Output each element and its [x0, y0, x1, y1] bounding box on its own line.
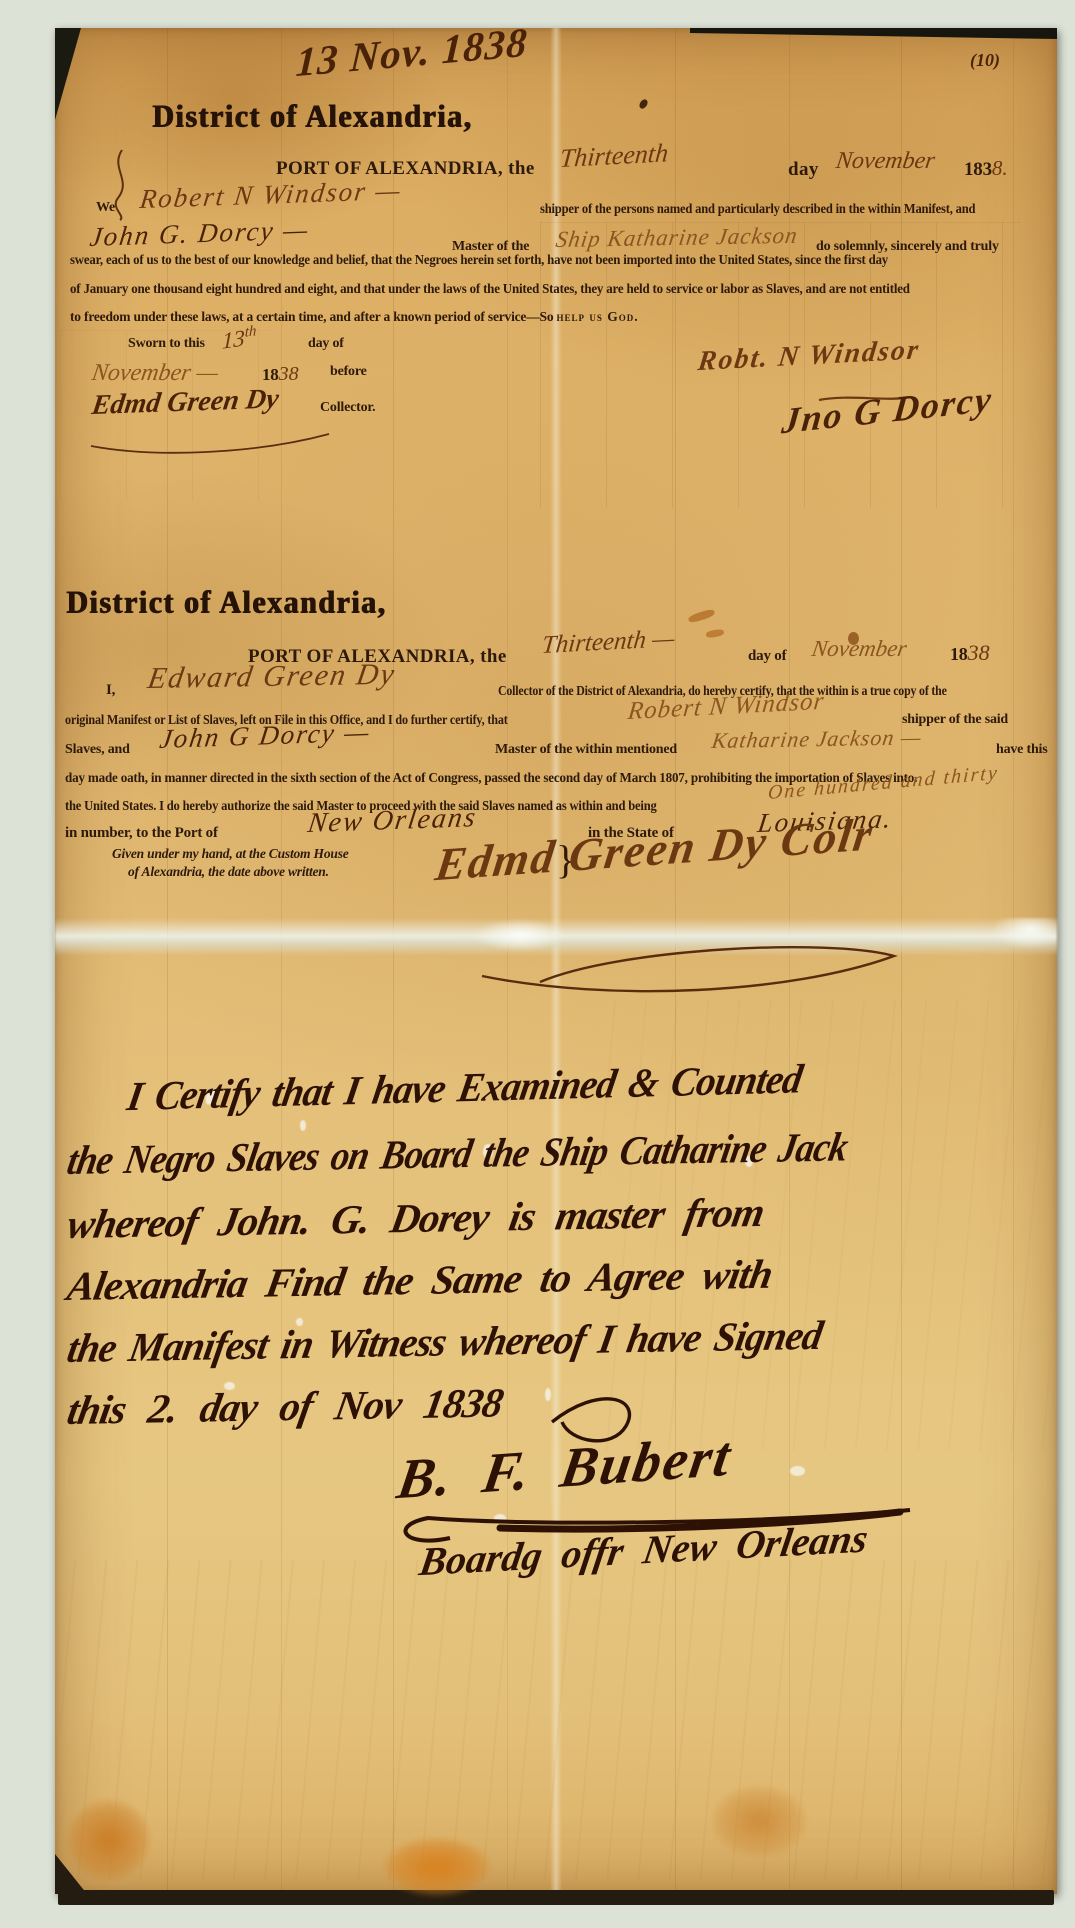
year-printed-2: 18	[950, 644, 968, 664]
collector-name-written-1: Edmd Green Dy	[90, 383, 281, 422]
within-mentioned-label: Master of the within mentioned	[495, 742, 677, 758]
day-written-1: Thirteenth	[559, 138, 670, 174]
sworn-day-suffix: th	[245, 323, 257, 341]
day-label-1: day	[788, 159, 819, 181]
paper-fleck	[790, 1466, 805, 1476]
district-heading-2: District of Alexandria,	[66, 585, 386, 621]
oath-body-line2: of January one thousand eight hundred an…	[70, 281, 910, 297]
before-label: before	[330, 364, 367, 380]
given-under-line1: Given under my hand, at the Custom House	[112, 846, 349, 862]
signature-flourish-loop	[470, 942, 910, 1000]
vessel-name-written: Ship Katharine Jackson	[554, 223, 799, 253]
scanned-document-page: { "annotations": { "date_note": "13 Nov.…	[0, 0, 1075, 1928]
port-of-label: in number, to the Port of	[65, 825, 218, 842]
dark-edge-bottom	[58, 1890, 1054, 1905]
year-composite-1: 1838.	[964, 156, 1008, 181]
district-heading-1: District of Alexandria,	[152, 99, 472, 135]
paper-fleck	[300, 1120, 306, 1131]
i-label: I,	[106, 682, 115, 699]
sworn-year-written: 38	[279, 363, 299, 385]
oath-body-line3: to freedom under these laws, at a certai…	[70, 309, 639, 325]
rust-stain-bottom-left	[68, 1800, 150, 1880]
inspection-line6: this 2. day of Nov 1838	[64, 1378, 507, 1434]
page-number: (10)	[970, 50, 1000, 71]
sworn-month-written: November —	[90, 360, 220, 387]
sworn-year-printed: 18	[262, 365, 279, 384]
year-written-1: 8.	[992, 156, 1008, 180]
signature-flourish-collector	[85, 428, 335, 460]
oath-body-line1: swear, each of us to the best of our kno…	[70, 252, 888, 268]
destination-written: New Orleans	[306, 802, 479, 840]
ink-squiggle	[104, 146, 138, 222]
sworn-day-num: 13	[222, 325, 245, 354]
have-this-label: have this	[996, 742, 1048, 758]
sworn-day-written: 13th	[222, 323, 257, 355]
year-composite-2: 1838	[950, 640, 990, 666]
port-of-alexandria-label-1: PORT OF ALEXANDRIA, the	[276, 158, 535, 180]
rust-stain-bottom-right	[712, 1786, 806, 1856]
oath-body-line3-text: to freedom under these laws, at a certai…	[70, 309, 557, 324]
slaves-and-label: Slaves, and	[65, 742, 130, 758]
month-written-1: November	[834, 148, 936, 175]
bleedthrough-handwriting-bottom	[60, 1560, 1050, 1880]
so-help-us-god: help us God.	[557, 309, 639, 324]
rust-stain-bottom-center	[385, 1838, 489, 1896]
day-of-label: day of	[308, 336, 344, 352]
collector-label: Collector.	[320, 400, 375, 416]
month-written-2: November	[810, 636, 909, 662]
collector-name-written-2: Edward Green Dy	[145, 658, 398, 696]
given-under-line2: of Alexandria, the date above written.	[128, 864, 329, 880]
year-written-2: 38	[968, 640, 990, 665]
sworn-to-this-label: Sworn to this	[128, 336, 205, 352]
shipper-clause: shipper of the persons named and particu…	[540, 201, 975, 217]
vessel-written-2: Katharine Jackson —	[710, 724, 923, 754]
day-of-label-2: day of	[748, 648, 786, 665]
year-printed-1: 183	[964, 159, 992, 180]
